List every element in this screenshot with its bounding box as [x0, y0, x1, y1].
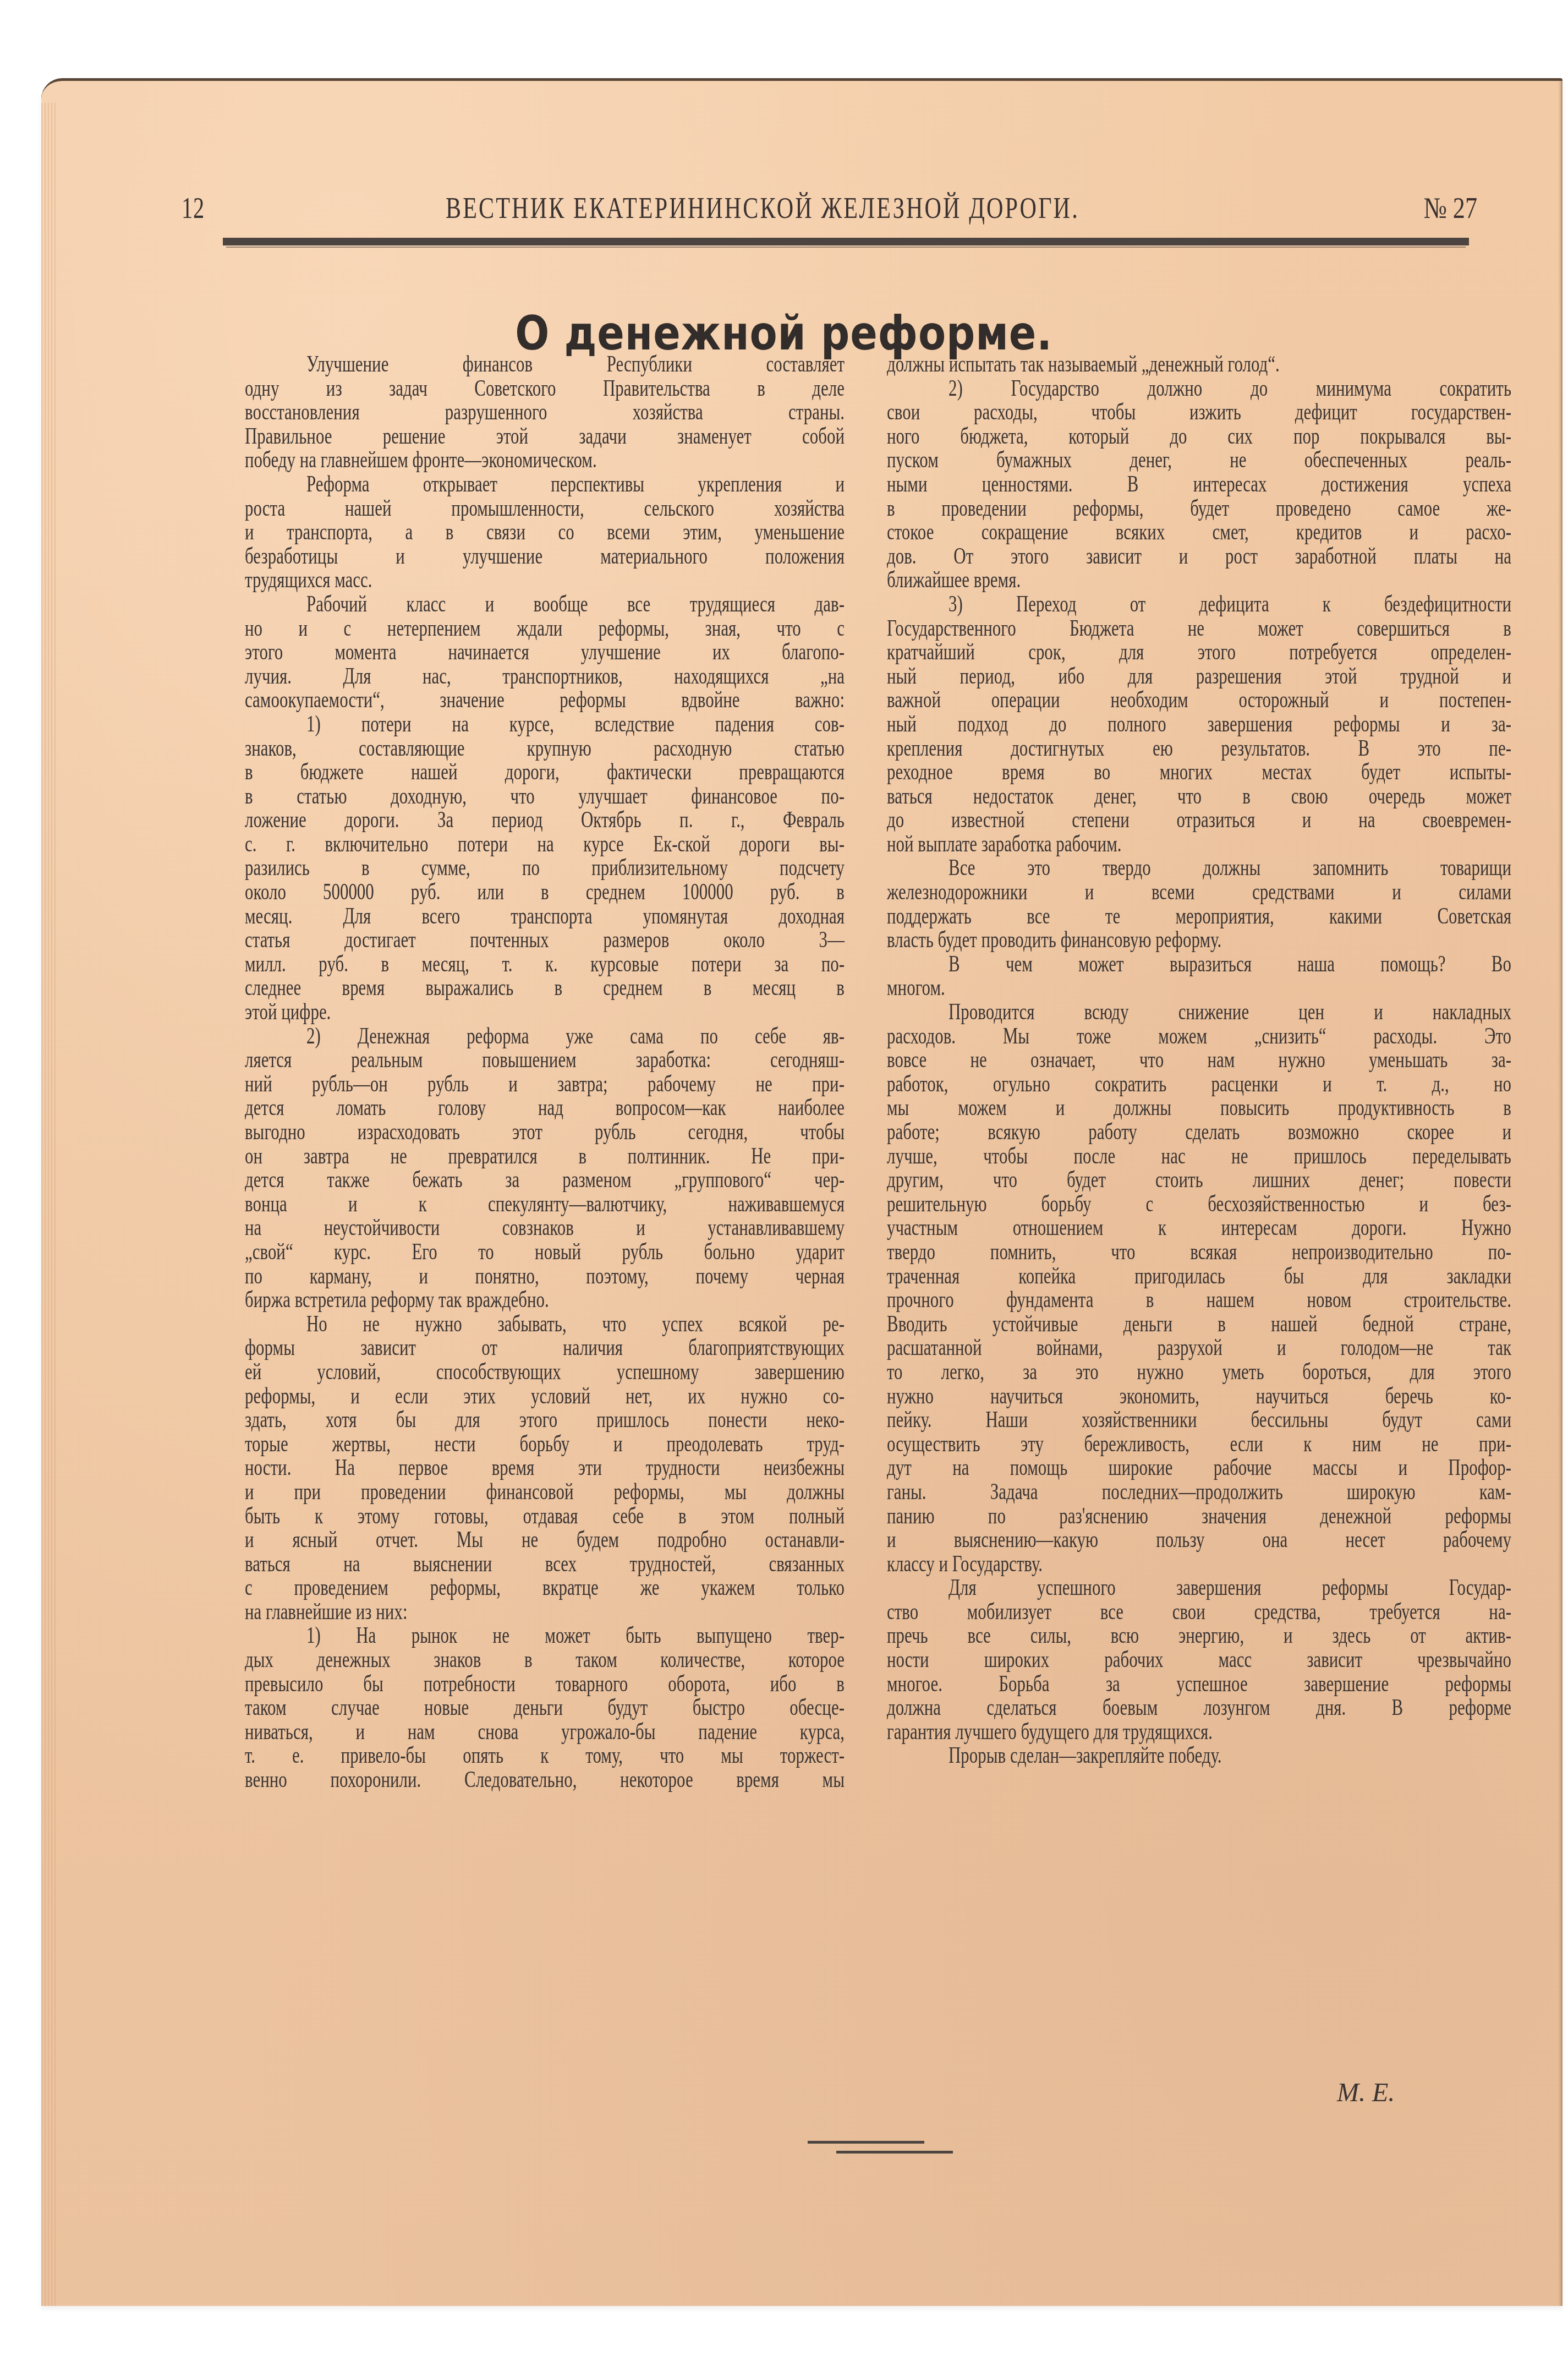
text-line: на неустойчивости совзнаков и устанавлив… — [245, 1216, 845, 1240]
text-line: 2) Денежная реформа уже сама по себе яв- — [245, 1024, 845, 1048]
text-line: прочного фундамента в нашем новом строит… — [887, 1288, 1511, 1312]
text-line: реформы, и если этих условий нет, их нуж… — [245, 1384, 845, 1408]
text-line: выгодно израсходовать этот рубль сегодня… — [245, 1120, 845, 1144]
text-line: и ясный отчет. Мы не будем подробно оста… — [245, 1528, 845, 1552]
text-line: осуществить эту бережливость, если к ним… — [887, 1432, 1511, 1456]
text-line: 1) потери на курсе, вследствие падения с… — [245, 712, 845, 736]
text-line: одну из задач Советского Правительства в… — [245, 376, 845, 401]
text-line: около 500000 руб. или в среднем 100000 р… — [245, 880, 845, 904]
text-line: кратчайший срок, для этого потребуется о… — [887, 640, 1511, 664]
text-line: расшатанной войнами, разрухой и голодом—… — [887, 1336, 1511, 1360]
text-line: власть будет проводить финансовую реформ… — [887, 928, 1511, 952]
text-line: твердо помнить, что всякая непроизводите… — [887, 1240, 1511, 1264]
text-line: таком случае новые деньги будут быстро о… — [245, 1696, 845, 1720]
text-line: месяц. Для всего транспорта упомянутая д… — [245, 904, 845, 928]
text-line: разились в сумме, по приблизительному по… — [245, 856, 845, 880]
text-line: вовсе не означает, что нам нужно уменьша… — [887, 1048, 1511, 1072]
text-line: Реформа открывает перспективы укрепления… — [245, 472, 845, 496]
text-line: и выяснению—какую пользу она несет рабоч… — [887, 1528, 1511, 1552]
text-line: и транспорта, а в связи со всеми этим, у… — [245, 520, 845, 544]
end-rule-top — [808, 2141, 924, 2144]
text-line: торые жертвы, нести борьбу и преодолеват… — [245, 1432, 845, 1456]
text-line: ваться недостаток денег, что в свою очер… — [887, 784, 1511, 808]
text-line: пуском бумажных денег, не обеспеченных р… — [887, 448, 1511, 472]
text-line: участным отношением к интересам дороги. … — [887, 1216, 1511, 1240]
text-line: 2) Государство должно до минимума сократ… — [887, 376, 1511, 401]
text-line: быть к этому готовы, отдавая себе в этом… — [245, 1504, 845, 1528]
text-line: знаков, составляющие крупную расходную с… — [245, 736, 845, 761]
text-line: вонца и к спекулянту—валютчику, наживавш… — [245, 1192, 845, 1216]
end-rule-bottom — [836, 2151, 953, 2154]
text-line: этого момента начинается улучшение их бл… — [245, 640, 845, 664]
text-line: ближайшее время. — [887, 568, 1511, 592]
text-line: ный подход до полного завершения реформы… — [887, 712, 1511, 736]
text-line: мы можем и должны повысить продуктивност… — [887, 1096, 1511, 1120]
page-edge-left — [41, 103, 58, 2306]
text-line: Рабочий класс и вообще все трудящиеся да… — [245, 592, 845, 616]
text-line: дых денежных знаков в таком количестве, … — [245, 1648, 845, 1672]
running-head: 12 ВЕСТНИК ЕКАТЕРИНИНСКОЙ ЖЕЛЕЗНОЙ ДОРОГ… — [182, 184, 1477, 234]
text-line: Все это твердо должны запомнить товарищи — [887, 856, 1511, 880]
text-line: дут на помощь широкие рабочие массы и Пр… — [887, 1456, 1511, 1480]
text-line: ности широких рабочих масс зависит чрезв… — [887, 1648, 1511, 1672]
text-line: расходов. Мы тоже можем „снизить“ расход… — [887, 1024, 1511, 1048]
text-line: ложение дороги. За период Октябрь п. г.,… — [245, 808, 845, 832]
text-line: другим, что будет стоить лишних денег; п… — [887, 1168, 1511, 1192]
text-line: победу на главнейшем фронте—экономическо… — [245, 448, 845, 472]
text-line: Для успешного завершения реформы Государ… — [887, 1576, 1511, 1600]
text-line: дется ломать голову над вопросом—как наи… — [245, 1096, 845, 1120]
text-line: нужно научиться экономить, научиться бер… — [887, 1384, 1511, 1408]
text-line: биржа встретила реформу так враждебно. — [245, 1288, 845, 1312]
publication-title: ВЕСТНИК ЕКАТЕРИНИНСКОЙ ЖЕЛЕЗНОЙ ДОРОГИ. — [446, 191, 1079, 225]
text-line: 1) На рынок не может быть выпущено твер- — [245, 1624, 845, 1648]
text-line: безработицы и улучшение материального по… — [245, 544, 845, 569]
text-line: т. е. привело-бы опять к тому, что мы то… — [245, 1744, 845, 1768]
text-line: на главнейшие из них: — [245, 1600, 845, 1624]
text-line: то легко, за это нужно уметь бороться, д… — [887, 1360, 1511, 1384]
text-line: формы зависит от наличия благоприятствую… — [245, 1336, 845, 1360]
text-line: и при проведении финансовой реформы, мы … — [245, 1480, 845, 1504]
header-rule — [223, 238, 1469, 245]
text-line: 3) Переход от дефицита к бездефицитности — [887, 592, 1511, 616]
text-line: ного бюджета, который до сих пор покрыва… — [887, 424, 1511, 449]
text-line: ваться на выяснении всех трудностей, свя… — [245, 1552, 845, 1576]
text-line: классу и Государству. — [887, 1552, 1511, 1576]
text-line: Правильное решение этой задачи знаменует… — [245, 424, 845, 449]
text-line: панию по раз'яснению значения денежной р… — [887, 1504, 1511, 1528]
text-line: лучия. Для нас, транспортников, находящи… — [245, 664, 845, 688]
text-line: в проведении реформы, будет проведено са… — [887, 496, 1511, 521]
text-line: по карману, и понятно, поэтому, почему ч… — [245, 1264, 845, 1288]
text-line: крепления достигнутых ею результатов. В … — [887, 736, 1511, 761]
text-line: „свой“ курс. Его то новый рубль больно у… — [245, 1240, 845, 1264]
text-line: работок, огульно сократить расценки и т.… — [887, 1072, 1511, 1096]
text-line: траченная копейка пригодилась бы для зак… — [887, 1264, 1511, 1288]
page-edge-right — [1558, 81, 1562, 2306]
text-line: превысило бы потребности товарного оборо… — [245, 1672, 845, 1696]
text-line: он завтра не превратился в полтинник. Не… — [245, 1144, 845, 1168]
text-line: статья достигает почтенных размеров окол… — [245, 928, 845, 952]
text-line: должны испытать так называемый „денежный… — [887, 352, 1511, 376]
text-line: ными ценностями. В интересах достижения … — [887, 472, 1511, 496]
text-line: Улучшение финансов Республики составляет — [245, 352, 845, 376]
text-line: следнее время выражались в среднем в мес… — [245, 976, 845, 1000]
text-line: восстановления разрушенного хозяйства ст… — [245, 400, 845, 424]
text-line: Вводить устойчивые деньги в нашей бедной… — [887, 1312, 1511, 1336]
text-line: пречь все силы, всю энергию, и здесь от … — [887, 1624, 1511, 1648]
article-column-right: должны испытать так называемый „денежный… — [887, 352, 1511, 1768]
text-line: гарантия лучшего будущего для трудящихся… — [887, 1720, 1511, 1744]
text-line: поддержать все те мероприятия, какими Со… — [887, 904, 1511, 928]
text-line: ний рубль—он рубль и завтра; рабочему не… — [245, 1072, 845, 1096]
text-line: пейку. Наши хозяйственники бессильны буд… — [887, 1408, 1511, 1432]
text-line: трудящихся масс. — [245, 568, 845, 592]
text-line: стокое сокращение всяких смет, кредитов … — [887, 520, 1511, 544]
text-line: ниваться, и нам снова угрожало-бы падени… — [245, 1720, 845, 1744]
text-line: железнодорожники и всеми средствами и си… — [887, 880, 1511, 904]
issue-number: № 27 — [1423, 191, 1477, 225]
author-signature: М. Е. — [1337, 2078, 1395, 2108]
text-line: ной выплате заработка рабочим. — [887, 832, 1511, 856]
text-line: Проводится всюду снижение цен и накладны… — [887, 1000, 1511, 1024]
text-line: дется также бежать за разменом „группово… — [245, 1168, 845, 1192]
text-line: решительную борьбу с бесхозяйственностью… — [887, 1192, 1511, 1216]
text-line: венно похоронили. Следовательно, некотор… — [245, 1768, 845, 1792]
text-line: многое. Борьба за успешное завершение ре… — [887, 1672, 1511, 1696]
text-line: ности. На первое время эти трудности неи… — [245, 1456, 845, 1480]
text-line: ство мобилизует все свои средства, требу… — [887, 1600, 1511, 1624]
text-line: ный период, ибо для разрешения этой труд… — [887, 664, 1511, 688]
text-line: важной операции необходим осторожный и п… — [887, 688, 1511, 712]
text-line: Но не нужно забывать, что успех всякой р… — [245, 1312, 845, 1336]
text-line: самоокупаемости“, значение реформы вдвой… — [245, 688, 845, 712]
text-line: должна сделаться боевым лозунгом дня. В … — [887, 1696, 1511, 1720]
text-line: с. г. включительно потери на курсе Ек-ск… — [245, 832, 845, 856]
text-line: в бюджете нашей дороги, фактически превр… — [245, 760, 845, 784]
text-line: ляется реальным повышением заработка: се… — [245, 1048, 845, 1072]
text-line: многом. — [887, 976, 1511, 1000]
text-line: с проведением реформы, вкратце же укажем… — [245, 1576, 845, 1600]
text-line: реходное время во многих местах будет ис… — [887, 760, 1511, 784]
text-line: до известной степени отразиться и на сво… — [887, 808, 1511, 832]
text-line: Государственного Бюджета не может соверш… — [887, 616, 1511, 641]
text-line: этой цифре. — [245, 1000, 845, 1024]
text-line: лучше, чтобы после нас не пришлось перед… — [887, 1144, 1511, 1168]
text-line: но и с нетерпением ждали реформы, зная, … — [245, 616, 845, 641]
text-line: ганы. Задача последних—продолжить широку… — [887, 1480, 1511, 1504]
text-line: В чем может выразиться наша помощь? Во — [887, 952, 1511, 976]
text-line: свои расходы, чтобы изжить дефицит госуд… — [887, 400, 1511, 424]
text-line: работе; всякую работу сделать возможно с… — [887, 1120, 1511, 1144]
article-column-left: Улучшение финансов Республики составляет… — [245, 352, 845, 1792]
text-line: милл. руб. в месяц, т. к. курсовые потер… — [245, 952, 845, 976]
page-number: 12 — [182, 191, 205, 225]
text-line: ей условий, способствующих успешному зав… — [245, 1360, 845, 1384]
text-line: Прорыв сделан—закрепляйте победу. — [887, 1744, 1511, 1768]
text-line: в статью доходную, что улучшает финансов… — [245, 784, 845, 808]
text-line: дов. От этого зависит и рост заработной … — [887, 544, 1511, 569]
text-line: здать, хотя бы для этого пришлось понест… — [245, 1408, 845, 1432]
text-line: роста нашей промышленности, сельского хо… — [245, 496, 845, 521]
